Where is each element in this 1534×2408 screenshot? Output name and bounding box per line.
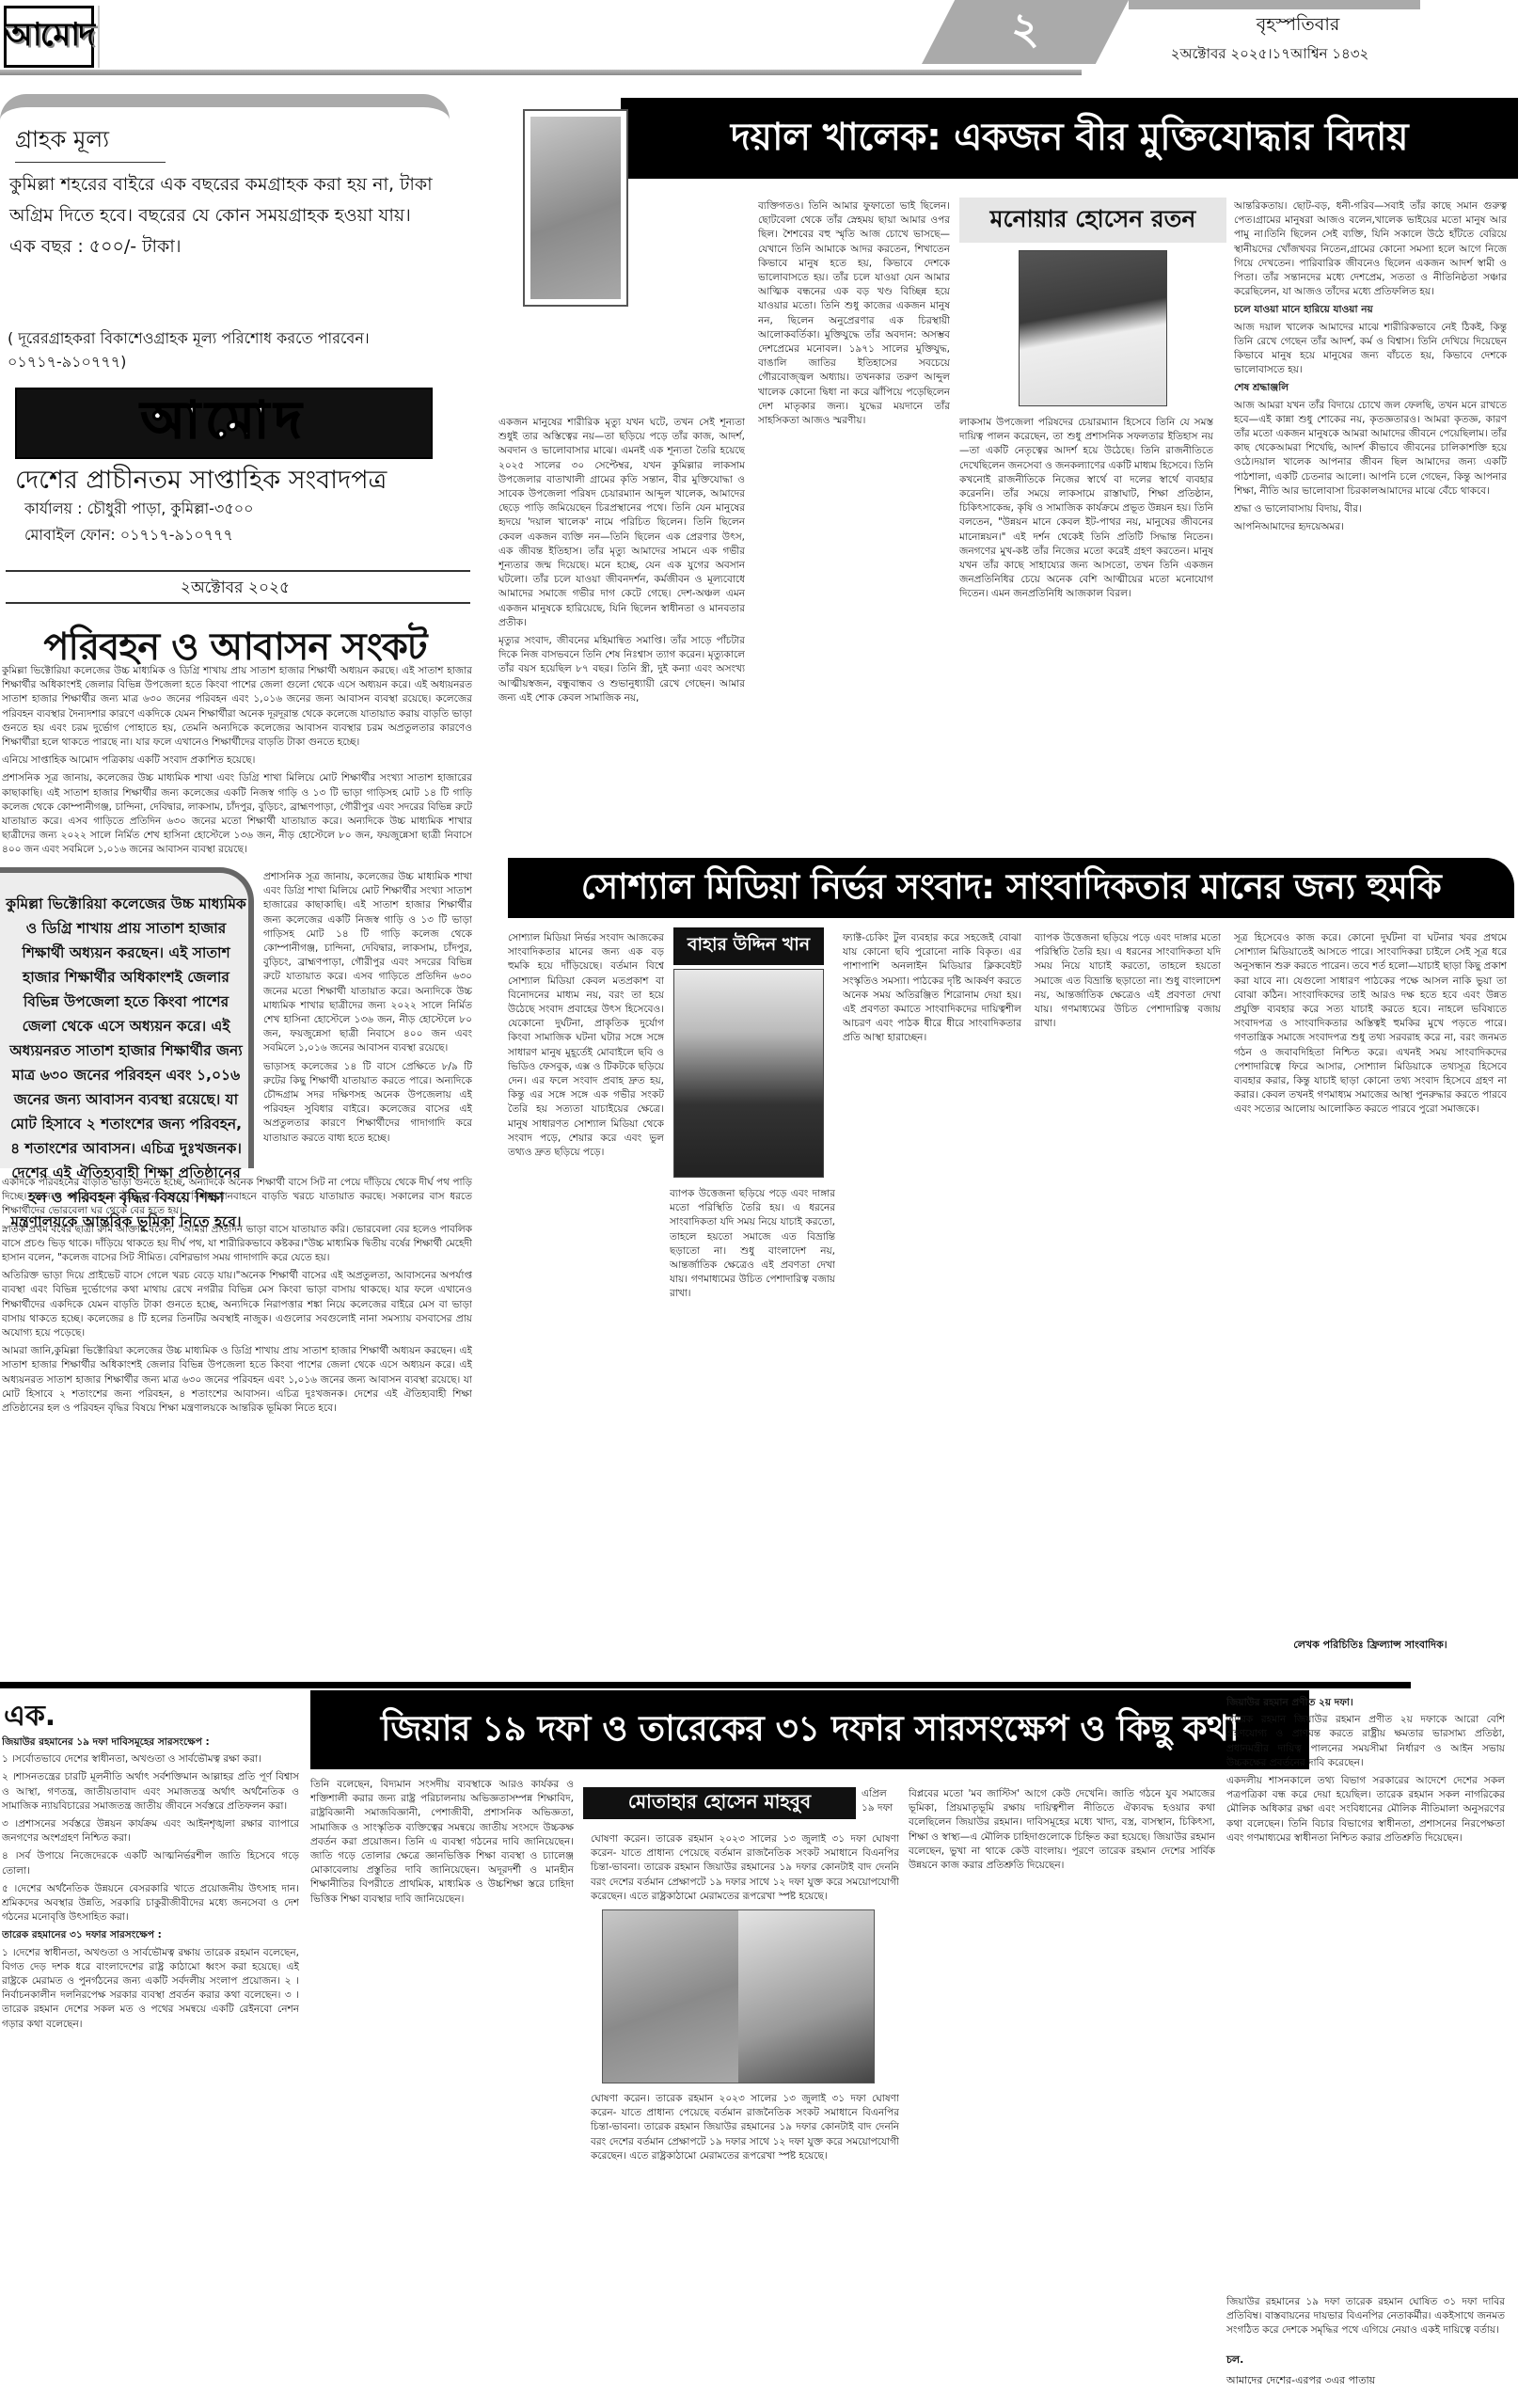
photo-right-portrait bbox=[738, 1910, 874, 2083]
editorial-paragraph: আমরা জানি,কুমিল্লা ভিক্টোরিয়া কলেজের উচ… bbox=[2, 1344, 472, 1416]
editorial-body-top: কুমিল্লা ভিক্টোরিয়া কলেজের উচ্চ মাধ্যমি… bbox=[2, 664, 472, 867]
story3-left-column: জিয়াউর রহমানের ১৯ দফা দাবিসমূহের সারসংক… bbox=[2, 1733, 299, 2391]
office-address: কার্যালয় : চৌধুরী পাড়া, কুমিল্লা-৩৫০০ bbox=[24, 497, 254, 522]
story2-paragraph: সোশ্যাল মিডিয়া নির্ভর সংবাদ আজকের সাংবা… bbox=[508, 931, 664, 1160]
story3-list-item: ৩ ।প্রশাসনের সর্বস্তরে উন্নয়ন কার্যক্রম… bbox=[2, 1817, 299, 1846]
story3-paragraph: একদলীয় শাসনকালে তথ্য বিভাগ সরকারের আদেশ… bbox=[1226, 1774, 1505, 1846]
portrait-image bbox=[530, 117, 621, 299]
issue-date-line: ২অক্টোবর ২০২৫।১৭আশ্বিন ১৪৩২ bbox=[1110, 43, 1430, 67]
divider bbox=[6, 602, 470, 604]
story2-byline: বাহার উদ্দিন খান bbox=[673, 927, 824, 965]
story1-closing-line: আপনিআমাদের হৃদয়েঅমর। bbox=[1234, 520, 1507, 534]
section-rule bbox=[0, 1682, 1411, 1688]
story1-headline[interactable]: দয়াল খালেক: একজন বীর মুক্তিযোদ্ধার বিদা… bbox=[621, 98, 1518, 179]
story2-column-2: ব্যাপক উত্তেজনা ছড়িয়ে পড়ে এবং দাঙ্গার… bbox=[670, 1187, 835, 1674]
story3-subheading: জিয়াউর রহমান প্রণীত ২য় দফা। bbox=[1226, 1696, 1505, 1710]
top-decorative-bar bbox=[1129, 0, 1420, 9]
story3-column-4: বিপ্লবের মতো 'মব জাস্টিস' আগে কেউ দেখেনি… bbox=[909, 1787, 1215, 2399]
subscription-body: কুমিল্লা শহরের বাইরে এক বছরের কমগ্রাহক ক… bbox=[9, 169, 442, 262]
story2-author-note: লেখক পরিচিতিঃ ফ্রিল্যান্স সাংবাদিক। bbox=[1234, 1637, 1507, 1655]
story3-list-item: ২ ।শাসনতন্ত্রের চারটি মূলনীতি অর্থাৎ সর্… bbox=[2, 1770, 299, 1814]
story1-subject-photo bbox=[523, 109, 628, 307]
story3-list-item: ৪ ।সর্ব উপায়ে নিজেদেরকে একটি আত্মনির্ভর… bbox=[2, 1849, 299, 1877]
story3-paragraph: ঘোষণা করেন। তারেক রহমান ২০২৩ সালের ১৩ জু… bbox=[591, 2092, 899, 2163]
story3-paragraph: ঘোষণা করেন। তারেক রহমান ২০২৩ সালের ১৩ জু… bbox=[591, 1832, 899, 1904]
editorial-body-bottom: একদিকে পরিবহনের বাড়তি ভাড়া গুনতে হচ্ছে… bbox=[2, 1176, 472, 1674]
editorial-paragraph: অতিরিক্ত ভাড়া দিয়ে প্রাইভেট বাসে গেলে … bbox=[2, 1269, 472, 1340]
story3-subheading: জিয়াউর রহমানের ১৯ দফা দাবিসমূহের সারসংক… bbox=[2, 1735, 299, 1750]
mobile-phone: মোবাইল ফোন: ০১৭১৭-৯১০৭৭৭ bbox=[24, 523, 233, 548]
story2-author-photo bbox=[673, 969, 824, 1178]
story3-byline: মোতাহার হোসেন মাহবুব bbox=[583, 1787, 856, 1819]
issue-day: বৃহস্পতিবার bbox=[1166, 11, 1430, 41]
story3-paragraph: বিপ্লবের মতো 'মব জাস্টিস' আগে কেউ দেখেনি… bbox=[909, 1787, 1215, 1873]
story3-closing: জিয়াউর রহমানের ১৯ দফা তারেক রহমান ঘোষিত… bbox=[1226, 2295, 1505, 2352]
subscription-terms: কুমিল্লা শহরের বাইরে এক বছরের কমগ্রাহক ক… bbox=[9, 169, 442, 231]
story3-paragraph: তিনি বলেছেন, বিদ্যমান সংসদীয় ব্যবস্থাকে… bbox=[310, 1778, 574, 1907]
editorial-paragraph: প্রশাসনিক সূত্র জানায়, কলেজের উচ্চ মাধ্… bbox=[2, 771, 472, 857]
story2-headline[interactable]: সোশ্যাল মিডিয়া নির্ভর সংবাদ: সাংবাদিকতা… bbox=[508, 858, 1514, 918]
story1-closing-line: শ্রদ্ধা ও ভালোবাসায় বিদায়, বীর। bbox=[1234, 502, 1507, 516]
story3-col3-intro: এপ্রিল ১৯ দফা bbox=[862, 1787, 899, 1834]
editorial-paragraph: একদিকে পরিবহনের বাড়তি ভাড়া গুনতে হচ্ছে… bbox=[2, 1176, 472, 1219]
subscription-price: এক বছর : ৫০০/- টাকা। bbox=[9, 231, 442, 262]
story2-paragraph: ব্যাপক উত্তেজনা ছড়িয়ে পড়ে এবং দাঙ্গার… bbox=[670, 1187, 835, 1302]
editorial-paragraph: এনিয়ে সাপ্তাহিক আমোদ পত্রিকায় একটি সংব… bbox=[2, 753, 472, 768]
page-number-badge: ২ bbox=[922, 0, 1129, 64]
story3-column-3-top: ঘোষণা করেন। তারেক রহমান ২০২৩ সালের ১৩ জু… bbox=[591, 1832, 899, 1908]
subscription-note: ( দূরেরগ্রাহকরা বিকাশেওগ্রাহক মূল্য পরিশ… bbox=[8, 326, 450, 373]
story3-right-column: জিয়াউর রহমান প্রণীত ২য় দফা। তারেক রহমা… bbox=[1226, 1693, 1505, 2295]
story1-author-photo bbox=[1019, 250, 1167, 406]
masthead-rule bbox=[0, 70, 1082, 75]
divider bbox=[6, 570, 470, 572]
subscription-title: গ্রাহক মূল্য bbox=[15, 122, 166, 163]
story2-column-3b: ব্যাপক উত্তেজনা ছড়িয়ে পড়ে এবং দাঙ্গার… bbox=[1035, 931, 1221, 1674]
story1-paragraph: লাকসাম উপজেলা পরিষদের চেয়ারম্যান হিসেবে… bbox=[959, 416, 1213, 602]
story1-byline: মনোয়ার হোসেন রতন bbox=[959, 198, 1226, 243]
story3-paragraph: তারেক রহমান জিয়াউর রহমান প্রণীত ২য় দফা… bbox=[1226, 1713, 1505, 1770]
story1-column-4: আন্তরিকতায়। ছোট-বড়, ধনী-গরিব—সবাই তাঁর… bbox=[1234, 199, 1507, 848]
story1-paragraph: আন্তরিকতায়। ছোট-বড়, ধনী-গরিব—সবাই তাঁর… bbox=[1234, 199, 1507, 299]
story3-list-item: ১ ।সর্বোতভাবে দেশের স্বাধীনতা, অখণ্ডতা ও… bbox=[2, 1752, 299, 1766]
continued-on-page-link[interactable]: আমাদের দেশের-এরপর ৩এর পাতায় bbox=[1226, 2372, 1375, 2390]
story1-paragraph: ব্যক্তিগতও। তিনি আমার ফুফাতো ভাই ছিলেন। … bbox=[758, 199, 950, 428]
story3-column-2: তিনি বলেছেন, বিদ্যমান সংসদীয় ব্যবস্থাকে… bbox=[310, 1778, 574, 2399]
story3-subheading: তারেক রহমানের ৩১ দফার সারসংক্ষেপ : bbox=[2, 1928, 299, 1942]
author-portrait-image bbox=[1020, 251, 1166, 405]
story3-photo bbox=[602, 1909, 875, 2083]
publication-issue-date: ২অক্টোবর ২০২৫ bbox=[0, 576, 470, 602]
editorial-paragraph: ভাড়াসহ কলেজের ১৪ টি বাসে প্রেক্ষিতে ৮/৯… bbox=[263, 1060, 472, 1146]
story2-paragraph: ব্যাপক উত্তেজনা ছড়িয়ে পড়ে এবং দাঙ্গার… bbox=[1035, 931, 1221, 1031]
story1-column-2: ব্যক্তিগতও। তিনি আমার ফুফাতো ভাই ছিলেন। … bbox=[758, 199, 950, 839]
story1-column-3: লাকসাম উপজেলা পরিষদের চেয়ারম্যান হিসেবে… bbox=[959, 416, 1213, 839]
story3-column-3-bottom: ঘোষণা করেন। তারেক রহমান ২০২৩ সালের ১৩ জু… bbox=[591, 2092, 899, 2399]
story2-paragraph: ফ্যাক্ট-চেকিং টুল ব্যবহার করে সহজেই বোঝা… bbox=[843, 931, 1021, 1046]
photo-left-portrait bbox=[603, 1910, 738, 2083]
story2-paragraph: সূত্র হিসেবেও কাজ করে। কোনো দুর্ঘটনা বা … bbox=[1234, 931, 1507, 1117]
editorial-paragraph: স্নাতক প্রথম বর্ষের ছাত্রী রুমি আক্তার ব… bbox=[2, 1223, 472, 1266]
story3-list-item: ৫ ।দেশের অর্থনৈতিক উন্নয়নে বেসরকারি খাত… bbox=[2, 1882, 299, 1925]
story3-list-item: ১ ।দেশের স্বাধীনতা, অখণ্ডতা ও সার্বভৌমত্… bbox=[2, 1946, 299, 2032]
publication-logo: আমোদ bbox=[15, 388, 433, 459]
story2-column-3: ফ্যাক্ট-চেকিং টুল ব্যবহার করে সহজেই বোঝা… bbox=[843, 931, 1021, 1674]
story3-next-marker: চল. bbox=[1226, 2352, 1243, 2369]
story1-paragraph: মৃত্যুর সংবাদ, জীবনের মহিমান্বিত সমাপ্তি… bbox=[498, 634, 745, 705]
page-number: ২ bbox=[1011, 0, 1039, 68]
story1-column-1: একজন মানুষের শারীরিক মৃত্যু যখন ঘটে, তখন… bbox=[498, 416, 745, 834]
story1-paragraph: আজ দয়াল খালেক আমাদের মাঝে শারীরিকভাবে ন… bbox=[1234, 321, 1507, 378]
story3-headline[interactable]: জিয়ার ১৯ দফা ও তারেকের ৩১ দফার সারসংক্ষ… bbox=[310, 1690, 1309, 1769]
story1-paragraph: একজন মানুষের শারীরিক মৃত্যু যখন ঘটে, তখন… bbox=[498, 416, 745, 630]
author-portrait-image bbox=[674, 970, 823, 1177]
story2-column-1: সোশ্যাল মিডিয়া নির্ভর সংবাদ আজকের সাংবা… bbox=[508, 931, 664, 1674]
story2-column-4: সূত্র হিসেবেও কাজ করে। কোনো দুর্ঘটনা বা … bbox=[1234, 931, 1507, 1627]
story1-paragraph: আজ আমরা যখন তাঁর বিদায়ে চোখে জল ফেলছি, … bbox=[1234, 399, 1507, 499]
masthead-logo[interactable]: আমোদ bbox=[4, 6, 94, 68]
masthead-divider bbox=[98, 6, 100, 68]
editorial-paragraph: কুমিল্লা ভিক্টোরিয়া কলেজের উচ্চ মাধ্যমি… bbox=[2, 664, 472, 750]
story1-subheading: চলে যাওয়া মানে হারিয়ে যাওয়া নয় bbox=[1234, 303, 1507, 317]
editorial-paragraph: প্রশাসনিক সূত্র জানায়, কলেজের উচ্চ মাধ্… bbox=[263, 870, 472, 1056]
story1-subheading: শেষ শ্রদ্ধাঞ্জলি bbox=[1234, 381, 1507, 395]
editorial-body-side: প্রশাসনিক সূত্র জানায়, কলেজের উচ্চ মাধ্… bbox=[263, 870, 472, 1162]
